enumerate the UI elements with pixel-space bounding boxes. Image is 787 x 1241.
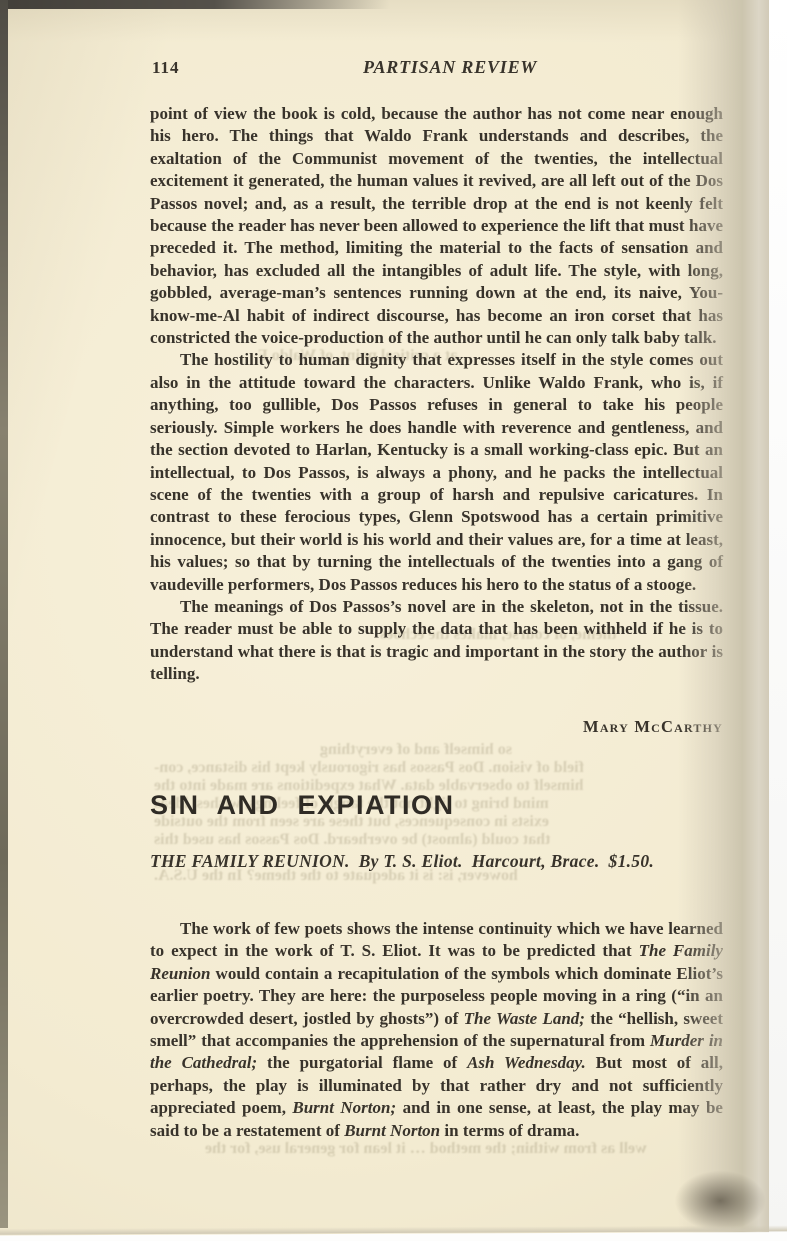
body-text-run: the purgatorial flame of <box>257 1053 467 1072</box>
review-body-eliot: The work of few poets shows the intense … <box>150 918 723 1142</box>
italic-title-text: The Waste Land; <box>464 1009 585 1028</box>
review-paragraph: The hostility to human dignity that expr… <box>150 349 723 595</box>
page-header: 114 PARTISAN REVIEW <box>150 57 723 83</box>
italic-title-text: $1.50. <box>609 851 655 871</box>
journal-title: PARTISAN REVIEW <box>363 57 537 78</box>
scanned-page: at a critical point, of Waldo Ftheme, of… <box>0 0 787 1241</box>
section-heading: SIN AND EXPIATION <box>150 790 455 821</box>
italic-title-text: Burnt Norton <box>344 1121 440 1140</box>
italic-title-text: Harcourt, Brace. <box>472 851 600 871</box>
body-text-run: The work of few poets shows the intense … <box>150 919 723 960</box>
review-paragraph: point of view the book is cold, because … <box>150 103 723 349</box>
italic-title-text: Burnt Norton; <box>292 1098 396 1117</box>
review-body-mccarthy: point of view the book is cold, because … <box>150 103 723 686</box>
printed-text-layer: 114 PARTISAN REVIEW point of view the bo… <box>0 0 787 1241</box>
italic-title-text: By T. S. Eliot. <box>359 851 463 871</box>
body-text-run: in terms of drama. <box>440 1121 579 1140</box>
italic-title-text: Ash Wednesday. <box>467 1053 586 1072</box>
review-paragraph: The meanings of Dos Passos’s novel are i… <box>150 596 723 686</box>
reviewer-byline: Mary McCarthy <box>583 717 723 737</box>
book-citation: THE FAMILY REUNION.By T. S. Eliot.Harcou… <box>150 851 750 872</box>
page-number: 114 <box>152 58 180 78</box>
italic-title-text: THE FAMILY REUNION. <box>150 851 350 871</box>
